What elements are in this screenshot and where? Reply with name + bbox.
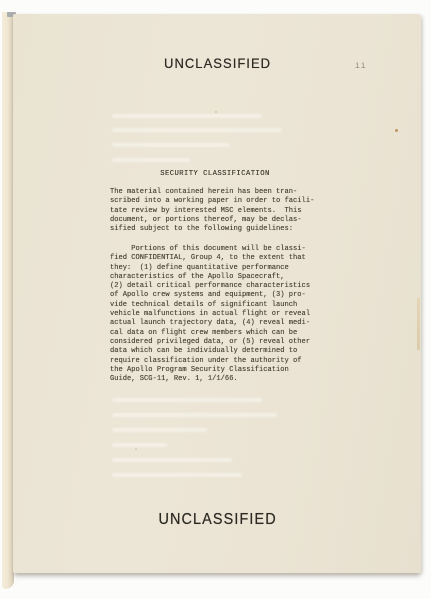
classification-stamp-top-label: UNCLASSIFIED	[164, 55, 271, 71]
paper-stain-speck	[135, 448, 137, 450]
classification-stamp-bottom: UNCLASSIFIED	[112, 511, 324, 529]
classification-stamp-bottom-label: UNCLASSIFIED	[159, 511, 277, 529]
showthrough-line	[112, 428, 207, 432]
underlying-page-edge	[417, 298, 420, 350]
paper-stain-speck	[215, 111, 217, 113]
showthrough-line	[112, 128, 282, 132]
section-heading: SECURITY CLASSIFICATION	[110, 170, 320, 178]
classification-stamp-top: UNCLASSIFIED	[112, 55, 324, 71]
showthrough-line	[112, 143, 230, 147]
showthrough-line	[112, 473, 242, 477]
showthrough-line	[112, 413, 277, 417]
showthrough-line	[112, 158, 190, 162]
showthrough-line	[112, 458, 232, 462]
showthrough-line	[112, 114, 262, 118]
paragraph-1: The material contained herein has been t…	[110, 188, 340, 234]
showthrough-line	[112, 398, 262, 402]
showthrough-line	[112, 443, 167, 447]
photographed-document: UNCLASSIFIED ii SECURITY CLASSIFICATION …	[0, 0, 431, 599]
document-page: UNCLASSIFIED ii SECURITY CLASSIFICATION …	[13, 14, 421, 573]
page-number: ii	[355, 62, 367, 71]
paper-stain-speck	[395, 129, 398, 132]
paragraph-2: Portions of this document will be classi…	[110, 245, 340, 384]
